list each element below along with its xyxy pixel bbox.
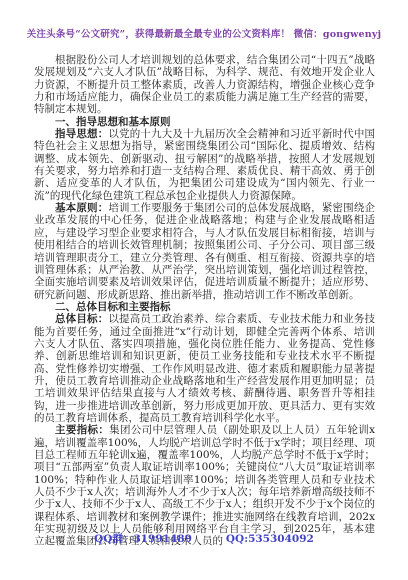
section-heading: 二、总体目标和主要指标 [34, 301, 375, 313]
body-text: 以党的十九大及十九届历次全会精神和习近平新时代中国特色社会主义思想为指导，紧密围… [34, 128, 375, 202]
bold-lead-text: 指导思想： [55, 128, 108, 140]
paragraph: 根据股份公司人才培训规划的总体要求，结合集团公司“十四五”战略发展规划及“六支人… [34, 54, 375, 116]
bold-lead-text: 主要指标： [55, 424, 109, 436]
paragraph: 指导思想：以党的十九大及十九届历次全会精神和习近平新时代中国特色社会主义思想为指… [34, 128, 375, 202]
paragraph: 基本原则：培训工作要服务于集团公司的总体发展战略，紧密围绕企业改革发展的中心任务… [34, 202, 375, 301]
document-body: 根据股份公司人才培训规划的总体要求，结合集团公司“十四五”战略发展规划及“六支人… [34, 54, 375, 548]
document-page: 关注头条号“公文研究”，获得最新最全最专业的公文资料库！ 微信：gongweny… [0, 0, 408, 580]
bold-lead-text: 二、总体目标和主要指标 [55, 301, 171, 313]
body-text: 根据股份公司人才培训规划的总体要求，结合集团公司“十四五”战略发展规划及“六支人… [34, 54, 375, 115]
bold-lead-text: 一、指导思想和基本原则 [55, 116, 171, 128]
qq-text: QQ:535304092 [226, 533, 314, 545]
qq-group-text: QQ群：31991489 [94, 533, 192, 545]
body-text: 培训工作要服务于集团公司的总体发展战略，紧密围绕企业改革发展的中心任务，促进企业… [34, 202, 375, 300]
paragraph: 总体目标：以提高员工政治素养、综合素质、专业技术能力和业务技能为首要任务，通过全… [34, 313, 375, 424]
paragraph: 主要指标：集团公司中层管理人员（副处职及以上人员）五年轮训x遍，培训覆盖率100… [34, 424, 375, 547]
section-heading: 一、指导思想和基本原则 [34, 116, 375, 128]
footer-contact: QQ群：31991489QQ:535304092 [0, 531, 408, 546]
header-notice: 关注头条号“公文研究”，获得最新最全最专业的公文资料库！ 微信：gongweny… [0, 26, 408, 40]
bold-lead-text: 基本原则： [55, 202, 108, 214]
body-text: 集团公司中层管理人员（副处职及以上人员）五年轮训x遍，培训覆盖率100%，人均脱… [34, 424, 375, 547]
bold-lead-text: 总体目标： [55, 313, 108, 325]
body-text: 以提高员工政治素养、综合素质、专业技术能力和业务技能为首要任务，通过全面推进“x… [34, 313, 375, 424]
